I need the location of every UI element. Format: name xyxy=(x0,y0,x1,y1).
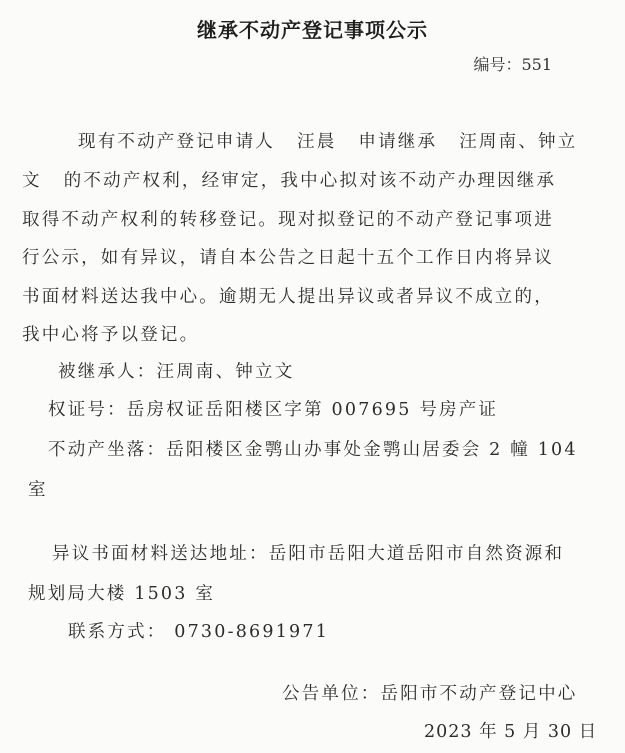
decedent-field: 被继承人：汪周南、钟立文 xyxy=(58,358,294,383)
location-field-line-1: 不动产坐落：岳阳楼区金鹗山办事处金鹗山居委会 2 幢 104 xyxy=(48,436,578,461)
issue-date: 2023 年 5 月 30 日 xyxy=(424,718,597,743)
body-line-2: 文的不动产权利，经审定，我中心拟对该不动产办理因继承 xyxy=(22,167,556,192)
objection-address-line-2: 规划局大楼 1503 室 xyxy=(28,580,215,605)
body-line-5: 书面材料送达我中心。逾期无人提出异议或者异议不成立的， xyxy=(22,283,554,308)
objection-address-line-1: 异议书面材料送达地址：岳阳市岳阳大道岳阳市自然资源和 xyxy=(52,540,564,565)
decedent-names: 汪周南、钟立 xyxy=(459,132,577,152)
body-text: 现有不动产登记申请人 xyxy=(78,132,275,152)
location-field-line-2: 室 xyxy=(28,476,48,501)
body-line-6: 我中心将予以登记。 xyxy=(22,321,199,346)
body-line-1: 现有不动产登记申请人汪晨申请继承汪周南、钟立 xyxy=(78,128,577,153)
body-line-3: 取得不动产权利的转移登记。现对拟登记的不动产登记事项进 xyxy=(22,206,554,231)
body-line-4: 行公示，如有异议，请自本公告之日起十五个工作日内将异议 xyxy=(22,244,554,269)
applicant-name: 汪晨 xyxy=(297,132,336,152)
certificate-field: 权证号：岳房权证岳阳楼区字第 007695 号房产证 xyxy=(48,396,498,421)
body-text: 申请继承 xyxy=(358,132,437,152)
issuer: 公告单位：岳阳市不动产登记中心 xyxy=(282,680,578,705)
document-number: 编号：551 xyxy=(473,52,552,75)
notice-document: 继承不动产登记事项公示 编号：551 现有不动产登记申请人汪晨申请继承汪周南、钟… xyxy=(0,0,625,753)
contact-field: 联系方式： 0730-8691971 xyxy=(68,618,329,643)
body-text: 的不动产权利，经审定，我中心拟对该不动产办理因继承 xyxy=(64,171,557,191)
body-text: 文 xyxy=(22,171,42,191)
document-title: 继承不动产登记事项公示 xyxy=(0,14,625,43)
